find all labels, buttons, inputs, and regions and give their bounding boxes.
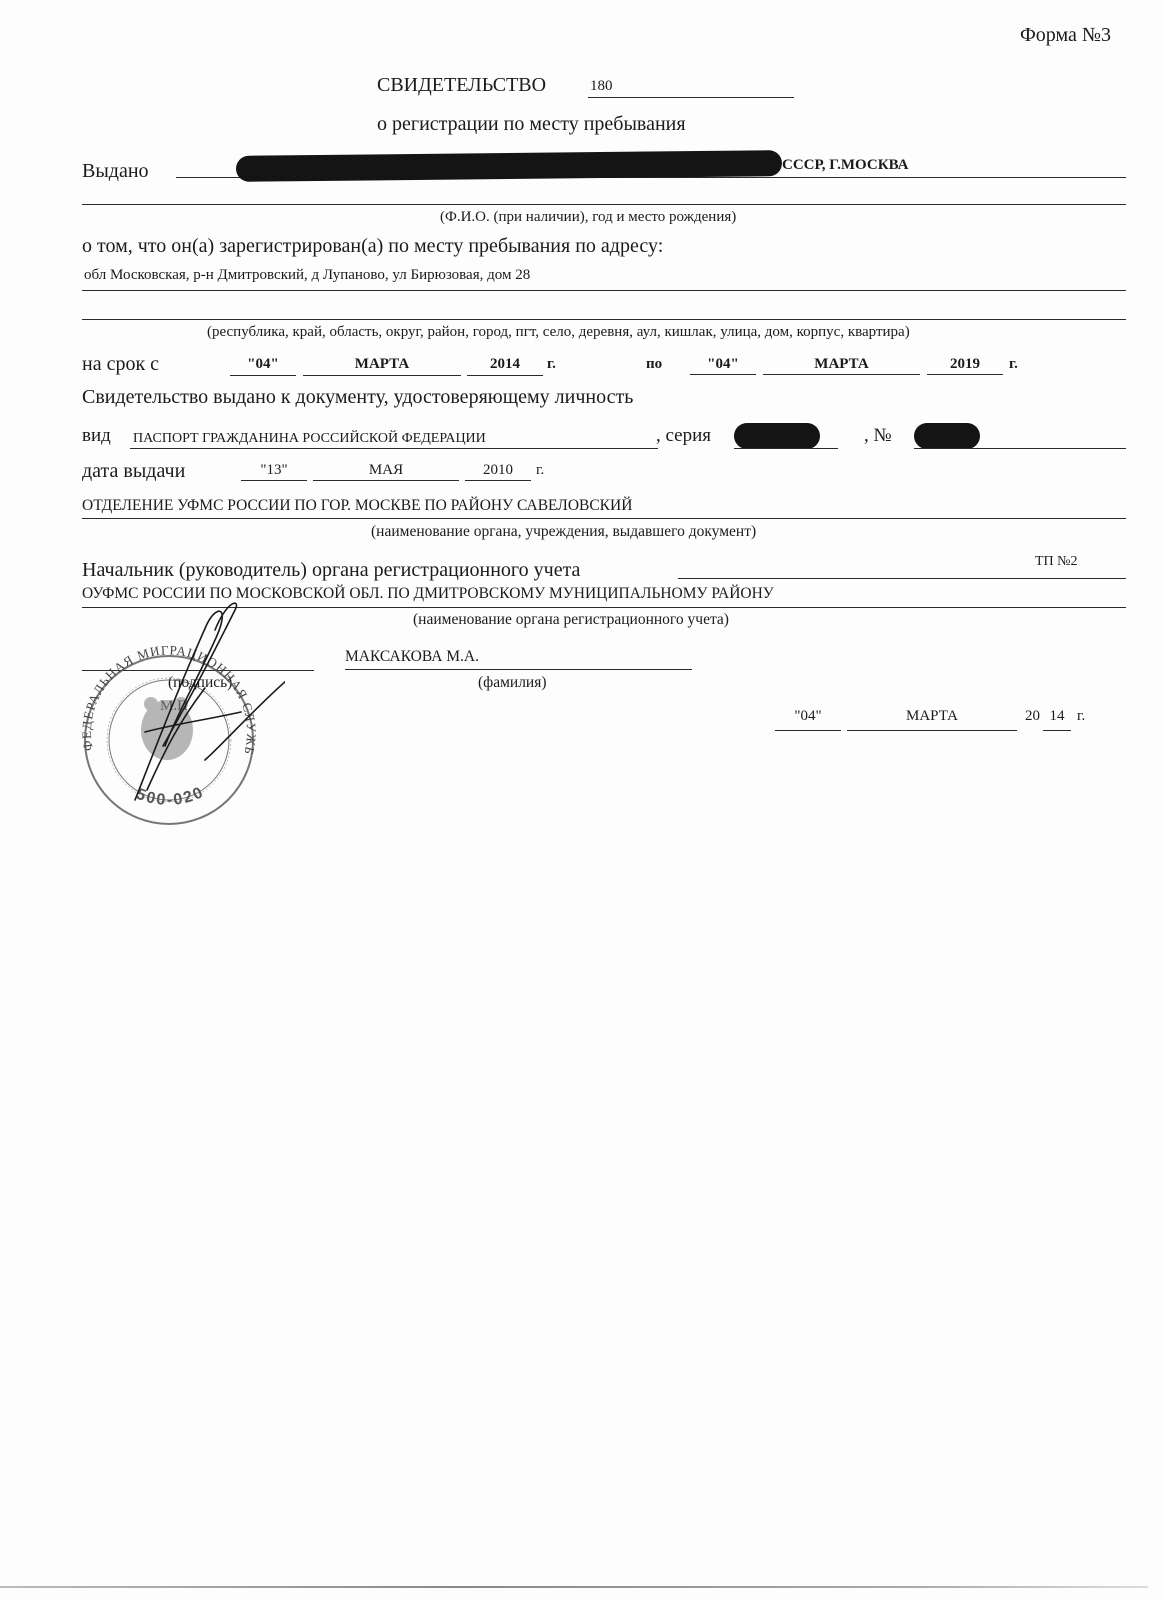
term-from-day: "04": [230, 356, 296, 373]
issue-year-line: [1043, 730, 1071, 731]
term-label: на срок с: [82, 353, 159, 376]
term-from-month: МАРТА: [303, 356, 461, 373]
issue-date-day: "13": [241, 462, 307, 479]
term-to-label: по: [646, 356, 662, 373]
term-from-suffix: г.: [547, 356, 556, 373]
issue-year-prefix: 20: [1025, 708, 1040, 725]
term-from-month-line: [303, 375, 461, 376]
authority-name-caption: (наименование органа регистрационного уч…: [413, 611, 729, 629]
issue-year-suffix: 14: [1043, 708, 1071, 725]
issue-month-line: [847, 730, 1017, 731]
form-number: Форма №3: [1020, 24, 1111, 47]
signer-surname: МАКСАКОВА М.А.: [345, 648, 479, 666]
registration-address: обл Московская, р-н Дмитровский, д Лупан…: [84, 267, 530, 284]
certificate-subtitle: о регистрации по месту пребывания: [377, 113, 686, 136]
series-redaction: [734, 423, 820, 449]
term-from-day-line: [230, 375, 296, 376]
issue-date-month-line: [313, 480, 459, 481]
term-from-year: 2014: [467, 356, 543, 373]
issue-month: МАРТА: [847, 708, 1017, 725]
issued-to-line-2: [82, 204, 1126, 205]
issue-date-year: 2010: [465, 462, 531, 479]
identity-intro: Свидетельство выдано к документу, удосто…: [82, 386, 633, 409]
issued-to-caption: (Ф.И.О. (при наличии), год и место рожде…: [440, 209, 736, 226]
issue-date-label: дата выдачи: [82, 460, 185, 483]
registration-statement: о том, что он(а) зарегистрирован(а) по м…: [82, 235, 663, 258]
issuer-caption: (наименование органа, учреждения, выдавш…: [371, 523, 756, 541]
official-stamp-icon: ФЕДЕРАЛЬНАЯ МИГРАЦИОННАЯ СЛУЖБА 500-020: [55, 600, 285, 830]
term-to-day-line: [690, 374, 756, 375]
series-label: , серия: [656, 425, 711, 447]
issue-day: "04": [775, 708, 841, 725]
issuer-name: ОТДЕЛЕНИЕ УФМС РОССИИ ПО ГОР. МОСКВЕ ПО …: [82, 497, 632, 515]
certificate-title: СВИДЕТЕЛЬСТВО: [377, 74, 546, 97]
authority-head-line: [678, 578, 1126, 579]
term-to-day: "04": [690, 356, 756, 373]
issued-to-label: Выдано: [82, 160, 149, 183]
number-redaction: [914, 423, 980, 449]
term-to-year-line: [927, 374, 1003, 375]
svg-text:500-020: 500-020: [134, 784, 207, 809]
number-label: , №: [864, 425, 892, 447]
number-line: [914, 448, 1126, 449]
issue-year-g: г.: [1077, 708, 1085, 725]
surname-caption: (фамилия): [478, 674, 547, 692]
address-line-2: [82, 319, 1126, 320]
document-type-value: ПАСПОРТ ГРАЖДАНИНА РОССИЙСКОЙ ФЕДЕРАЦИИ: [133, 431, 486, 447]
authority-unit: ТП №2: [1035, 554, 1078, 570]
term-to-year: 2019: [927, 356, 1003, 373]
term-to-month-line: [763, 374, 920, 375]
series-line: [734, 448, 838, 449]
address-caption: (республика, край, область, округ, район…: [207, 324, 910, 341]
address-line-1: [82, 290, 1126, 291]
certificate-number-line: [588, 97, 794, 98]
issue-date-year-line: [465, 480, 531, 481]
term-to-month: МАРТА: [763, 356, 920, 373]
document-type-line: [130, 448, 658, 449]
issuer-line: [82, 518, 1126, 519]
issue-date-month: МАЯ: [313, 462, 459, 479]
document-type-label: вид: [82, 425, 111, 447]
scan-edge: [0, 1586, 1148, 1588]
issue-date-day-line: [241, 480, 307, 481]
authority-head-label: Начальник (руководитель) органа регистра…: [82, 559, 580, 582]
issue-date-suffix: г.: [536, 462, 544, 479]
issue-day-line: [775, 730, 841, 731]
term-from-year-line: [467, 375, 543, 376]
term-to-suffix: г.: [1009, 356, 1018, 373]
issued-to-birthplace: СССР, Г.МОСКВА: [782, 157, 909, 174]
surname-line: [345, 669, 692, 670]
certificate-number: 180: [590, 78, 613, 95]
